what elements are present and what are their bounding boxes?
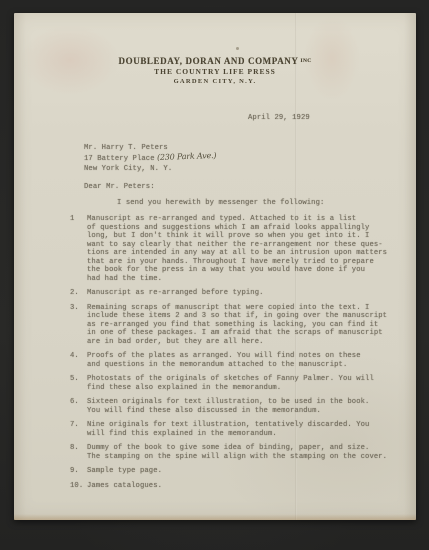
item-text: Sixteen originals for text illustration,… <box>87 398 400 415</box>
handwritten-address-annotation: (230 Park Ave.) <box>156 151 216 162</box>
letterhead: DOUBLEDAY, DORAN AND COMPANYINC THE COUN… <box>14 56 416 87</box>
item-number: 1 <box>70 215 87 283</box>
item-text: Nine originals for text illustration, te… <box>87 421 400 438</box>
list-item: 6. Sixteen originals for text illustrati… <box>70 398 400 415</box>
list-item: 2. Manuscript as re-arranged before typi… <box>70 289 400 298</box>
letterhead-ornament <box>236 47 239 50</box>
list-item: 7. Nine originals for text illustration,… <box>70 421 400 438</box>
item-number: 6. <box>70 398 87 415</box>
letter-page: DOUBLEDAY, DORAN AND COMPANYINC THE COUN… <box>14 13 416 520</box>
street-text: 17 Battery Place <box>84 155 155 163</box>
letterhead-city: GARDEN CITY, N.Y. <box>14 77 416 87</box>
letter-date: April 29, 1929 <box>248 114 310 122</box>
item-number: 5. <box>70 375 87 392</box>
list-item: 5. Photostats of the originals of sketch… <box>70 375 400 392</box>
recipient-street: 17 Battery Place(230 Park Ave.) <box>84 153 216 164</box>
item-number: 7. <box>70 421 87 438</box>
item-text: Dummy of the book to give some idea of b… <box>87 444 400 461</box>
company-name: DOUBLEDAY, DORAN AND COMPANY <box>119 56 299 66</box>
item-number: 3. <box>70 304 87 347</box>
recipient-address: Mr. Harry T. Peters 17 Battery Place(230… <box>84 144 216 174</box>
scanned-letter-photo: DOUBLEDAY, DORAN AND COMPANYINC THE COUN… <box>0 0 429 550</box>
item-text: Remaining scraps of manuscript that were… <box>87 304 400 347</box>
list-item: 10. James catalogues. <box>70 482 400 491</box>
opening-line: I send you herewith by messenger the fol… <box>117 199 324 207</box>
item-number: 10. <box>70 482 87 491</box>
recipient-city: New York City, N. Y. <box>84 165 216 174</box>
list-item: 9. Sample type page. <box>70 467 400 476</box>
list-item: 8. Dummy of the book to give some idea o… <box>70 444 400 461</box>
item-number: 8. <box>70 444 87 461</box>
salutation: Dear Mr. Peters: <box>84 183 155 191</box>
list-item: 3. Remaining scraps of manuscript that w… <box>70 304 400 347</box>
enclosure-list: 1 Manuscript as re-arranged and typed. A… <box>70 215 400 496</box>
list-item: 1 Manuscript as re-arranged and typed. A… <box>70 215 400 283</box>
item-text: Manuscript as re-arranged before typing. <box>87 289 400 298</box>
item-number: 9. <box>70 467 87 476</box>
item-number: 4. <box>70 352 87 369</box>
company-inc-suffix: INC <box>301 58 312 64</box>
item-text: Proofs of the plates as arranged. You wi… <box>87 352 400 369</box>
letterhead-company: DOUBLEDAY, DORAN AND COMPANYINC <box>14 56 416 67</box>
item-text: Photostats of the originals of sketches … <box>87 375 400 392</box>
item-text: Manuscript as re-arranged and typed. Att… <box>87 215 400 283</box>
list-item: 4. Proofs of the plates as arranged. You… <box>70 352 400 369</box>
item-text: Sample type page. <box>87 467 400 476</box>
item-text: James catalogues. <box>87 482 400 491</box>
item-number: 2. <box>70 289 87 298</box>
letterhead-press: THE COUNTRY LIFE PRESS <box>14 67 416 77</box>
